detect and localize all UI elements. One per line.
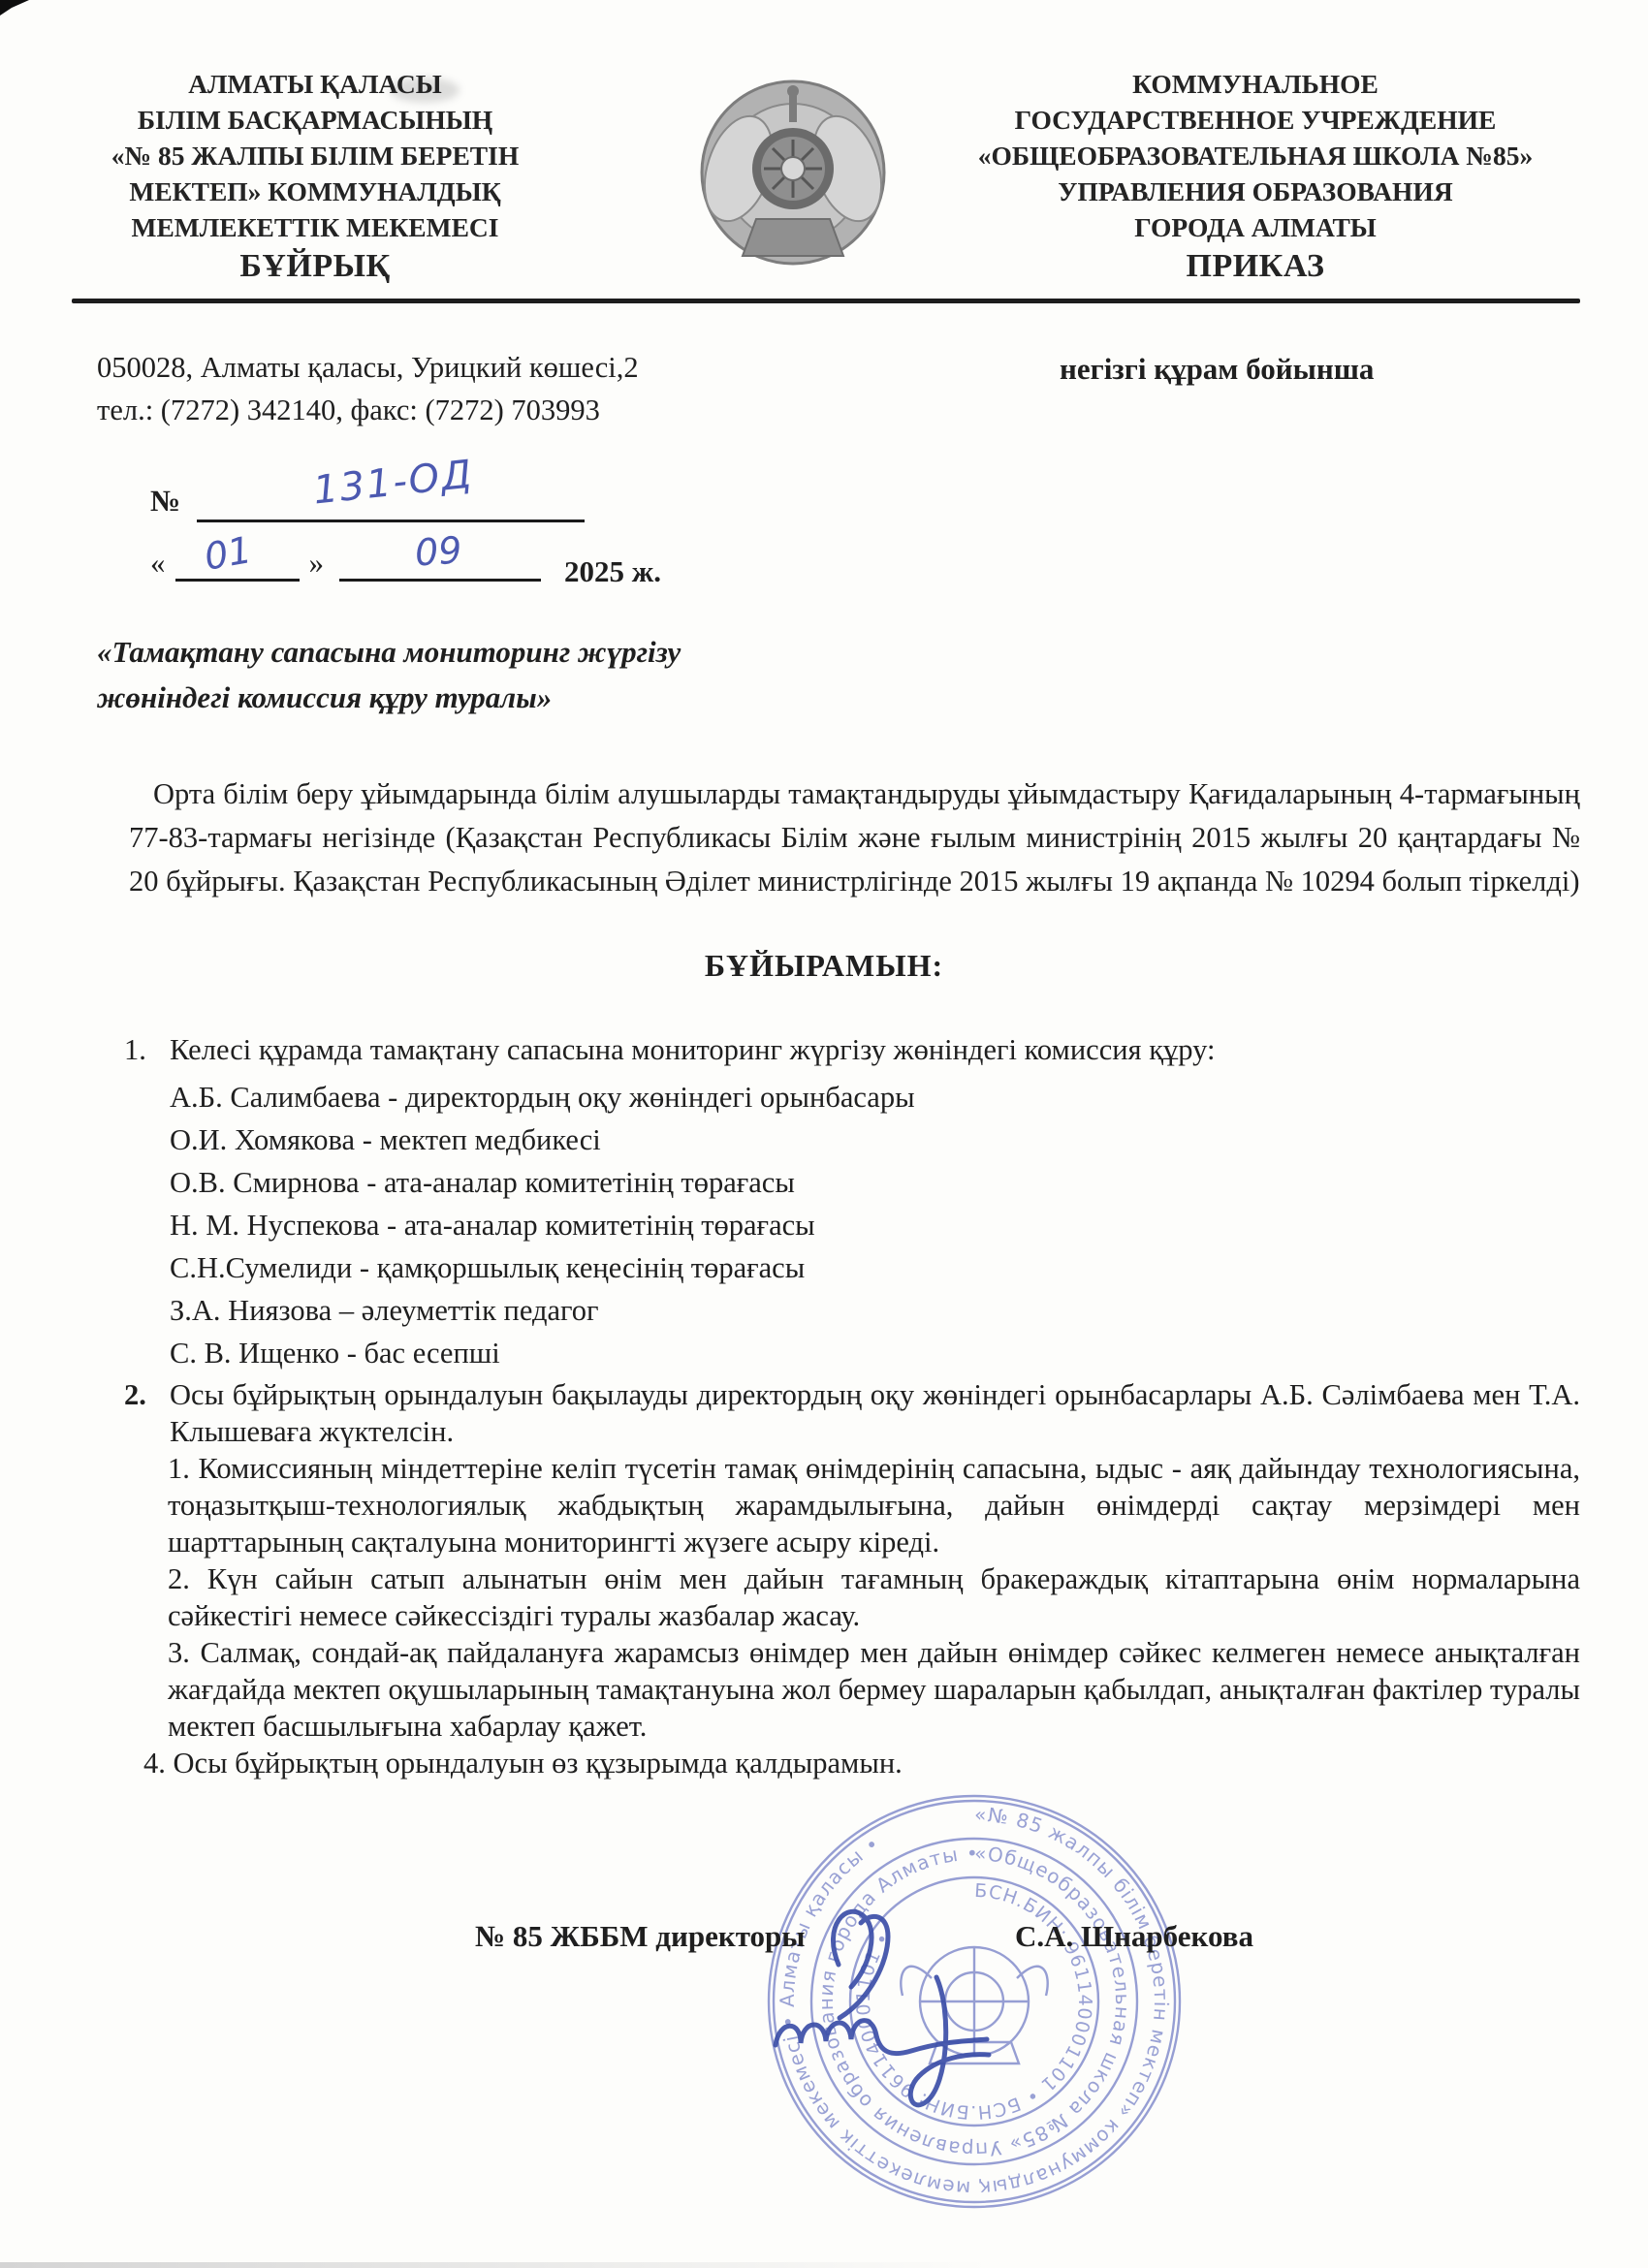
- org-name-kazakh: АЛМАТЫ ҚАЛАСЫ БІЛІМ БАСҚАРМАСЫНЫҢ «№ 85 …: [82, 66, 548, 284]
- composition-note: негізгі құрам бойынша: [1060, 348, 1374, 391]
- item-text: Осы бұйрықтың орындалуын бақылауды дирек…: [170, 1376, 1580, 1450]
- doc-type-russian: ПРИКАЗ: [916, 248, 1595, 284]
- number-blank-line: 131-ОД: [197, 484, 585, 522]
- address-block: 050028, Алматы қаласы, Урицкий көшесі,2 …: [97, 346, 1580, 431]
- subject-line: «Тамақтану сапасына мониторинг жүргізу: [97, 629, 1648, 675]
- order-subitem-1: 1. Комиссияның міндеттеріне келіп түсеті…: [168, 1450, 1580, 1560]
- order-subitem-2: 2. Күн сайын сатып алынатын өнім мен дай…: [168, 1560, 1580, 1634]
- header-divider: [72, 299, 1580, 303]
- item-number: 2.: [124, 1376, 170, 1450]
- order-item-2: 2. Осы бұйрықтың орындалуын бақылауды ди…: [124, 1376, 1580, 1450]
- address-line: тел.: (7272) 342140, факс: (7272) 703993: [97, 389, 1580, 431]
- order-subject: «Тамақтану сапасына мониторинг жүргізу ж…: [97, 629, 1648, 720]
- month-blank-line: 09: [339, 546, 541, 582]
- member-row: Н. М. Нуспекова - ата-аналар комитетінің…: [170, 1204, 1648, 1246]
- org-line: АЛМАТЫ ҚАЛАСЫ: [82, 66, 548, 102]
- kazakhstan-emblem-icon: [696, 76, 890, 269]
- open-quote: «: [150, 546, 166, 580]
- member-row: С. В. Ищенко - бас есепші: [170, 1332, 1648, 1374]
- org-line: МЕМЛЕКЕТТІК МЕКЕМЕСІ: [82, 209, 548, 245]
- order-subitem-4: 4. Осы бұйрықтың орындалуын өз құзырымда…: [143, 1745, 1580, 1781]
- member-row: С.Н.Сумелиди - қамқоршылық кеңесінің төр…: [170, 1246, 1648, 1289]
- org-line: КОММУНАЛЬНОЕ: [916, 66, 1595, 102]
- number-sign: №: [150, 484, 180, 518]
- item-text: Келесі құрамда тамақтану сапасына монито…: [170, 1028, 1215, 1072]
- day-blank-line: 01: [175, 546, 300, 582]
- doc-type-kazakh: БҰЙРЫҚ: [82, 248, 548, 284]
- org-line: ГОРОДА АЛМАТЫ: [916, 209, 1595, 245]
- member-row: З.А. Ниязова – әлеуметтік педагог: [170, 1289, 1648, 1332]
- order-number-field: № 131-ОД: [150, 484, 1648, 526]
- org-line: «ОБЩЕОБРАЗОВАТЕЛЬНАЯ ШКОЛА №85»: [916, 138, 1595, 173]
- org-line: «№ 85 ЖАЛПЫ БІЛІМ БЕРЕТІН: [82, 138, 548, 173]
- org-line: ГОСУДАРСТВЕННОЕ УЧРЕЖДЕНИЕ: [916, 102, 1595, 138]
- year-label: 2025 ж.: [564, 554, 661, 588]
- order-heading: БҰЙЫРАМЫН:: [0, 948, 1648, 984]
- signature-ink: [746, 1873, 1066, 2134]
- member-row: А.Б. Салимбаева - директордың оқу жөнінд…: [170, 1076, 1648, 1118]
- order-subitem-3: 3. Салмақ, сондай-ақ пайдалануға жарамсы…: [168, 1634, 1580, 1745]
- subject-line: жөніндегі комиссия құру туралы»: [97, 675, 1648, 720]
- handwritten-order-number: 131-ОД: [311, 452, 475, 513]
- close-quote: »: [309, 546, 325, 580]
- order-date-field: «01»092025 ж.: [150, 546, 1648, 590]
- item-number: 1.: [124, 1028, 170, 1072]
- document-page: АЛМАТЫ ҚАЛАСЫ БІЛІМ БАСҚАРМАСЫНЫҢ «№ 85 …: [0, 0, 1648, 2268]
- preamble-paragraph: Орта білім беру ұйымдарында білім алушыл…: [129, 772, 1580, 903]
- scan-artifact: [0, 0, 29, 16]
- org-line: БІЛІМ БАСҚАРМАСЫНЫҢ: [82, 102, 548, 138]
- member-row: О.И. Хомякова - мектеп медбикесі: [170, 1118, 1648, 1161]
- member-row: О.В. Смирнова - ата-аналар комитетінің т…: [170, 1161, 1648, 1204]
- handwritten-day: 01: [201, 528, 254, 579]
- handwritten-month: 09: [414, 528, 463, 574]
- scan-artifact: [0, 2262, 989, 2268]
- letterhead: АЛМАТЫ ҚАЛАСЫ БІЛІМ БАСҚАРМАСЫНЫҢ «№ 85 …: [0, 54, 1648, 295]
- order-item-1: 1. Келесі құрамда тамақтану сапасына мон…: [124, 1028, 1580, 1072]
- commission-members-list: А.Б. Салимбаева - директордың оқу жөнінд…: [170, 1076, 1648, 1374]
- org-name-russian: КОММУНАЛЬНОЕ ГОСУДАРСТВЕННОЕ УЧРЕЖДЕНИЕ …: [916, 66, 1595, 284]
- org-line: МЕКТЕП» КОММУНАЛДЫҚ: [82, 173, 548, 209]
- org-line: УПРАВЛЕНИЯ ОБРАЗОВАНИЯ: [916, 173, 1595, 209]
